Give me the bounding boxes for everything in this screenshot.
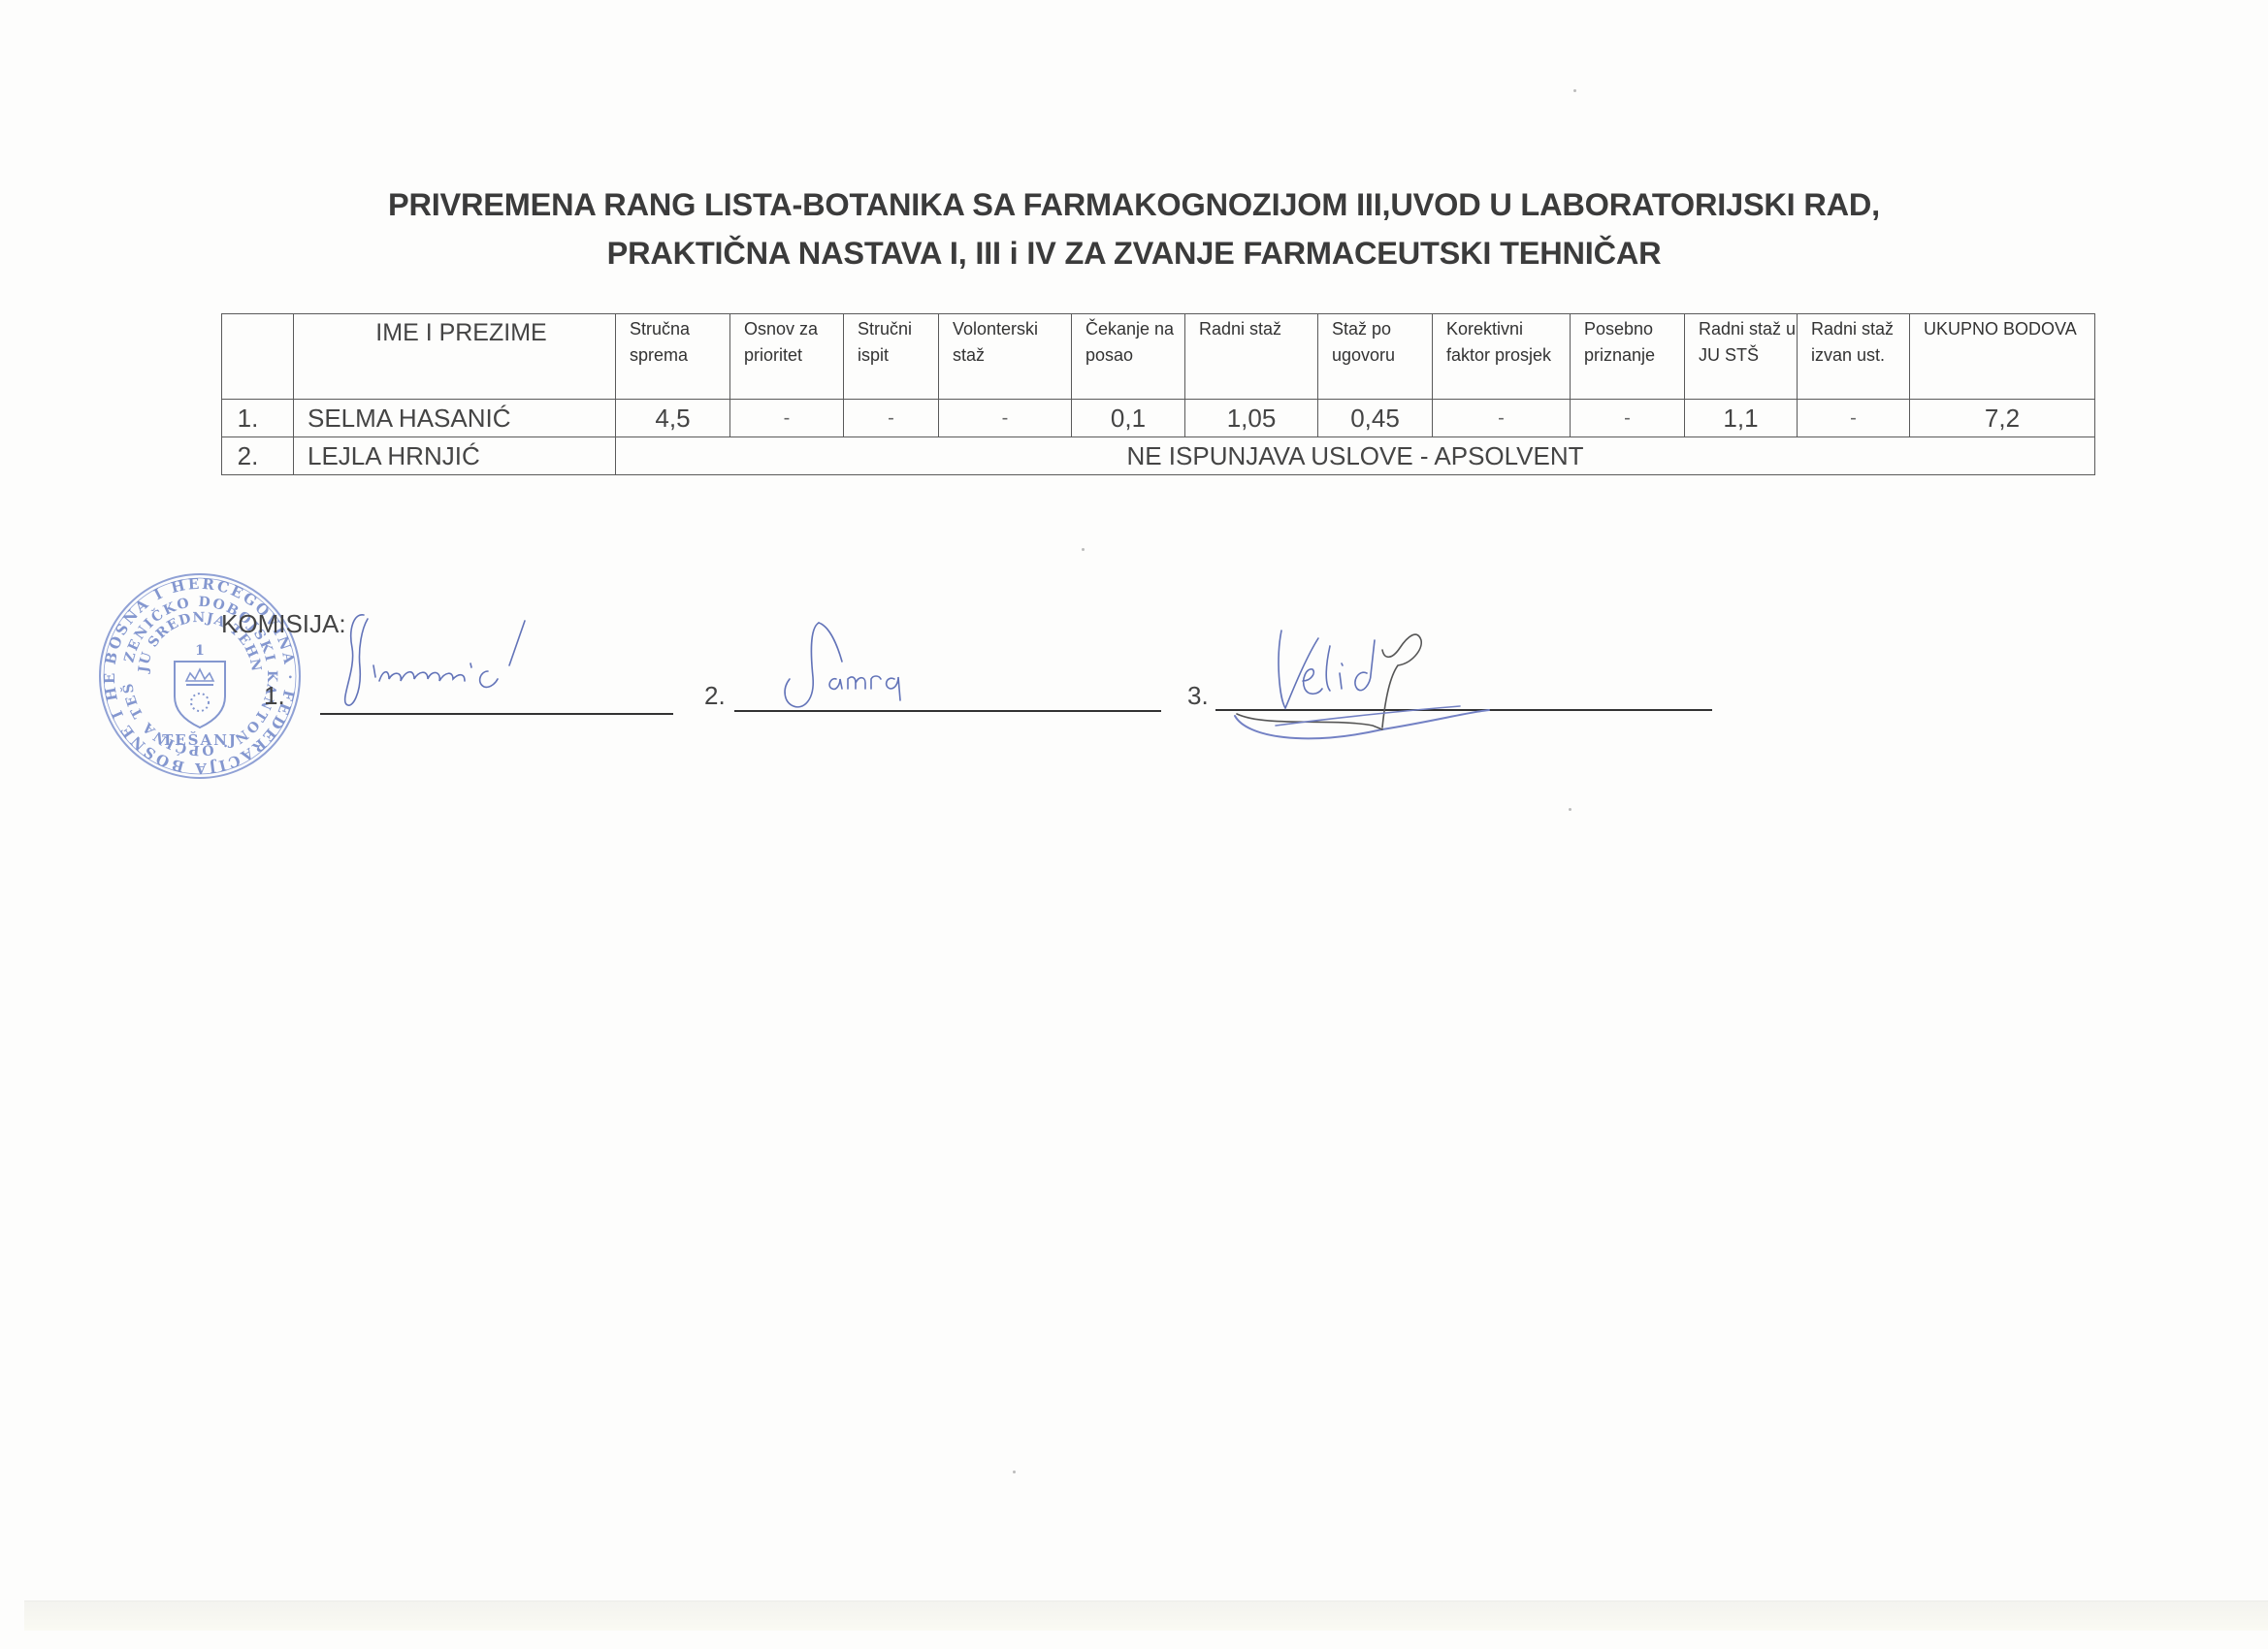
cell-cekanje-na-posao: 0,1 bbox=[1072, 400, 1185, 437]
cell-radni-staz-izvan: - bbox=[1798, 400, 1910, 437]
row-rank: 1. bbox=[222, 400, 294, 437]
scan-edge-band bbox=[24, 1600, 2268, 1631]
cell-ukupno-bodova: 7,2 bbox=[1910, 400, 2095, 437]
signature-1 bbox=[335, 609, 577, 711]
scan-speck bbox=[1082, 548, 1085, 551]
cell-radni-staz: 1,05 bbox=[1185, 400, 1318, 437]
signer-3-number: 3. bbox=[1187, 681, 1209, 711]
col-header-cekanje-na-posao: Čekanje na posao bbox=[1072, 314, 1185, 400]
row-name: LEJLA HRNJIĆ bbox=[294, 437, 616, 475]
col-header-osnov-za-prioritet: Osnov za prioritet bbox=[730, 314, 844, 400]
ranking-table: IME I PREZIME Stručna sprema Osnov za pr… bbox=[221, 313, 2095, 475]
col-header-strucna-sprema: Stručna sprema bbox=[616, 314, 730, 400]
table-header-row: IME I PREZIME Stručna sprema Osnov za pr… bbox=[222, 314, 2095, 400]
signature-line-1 bbox=[320, 713, 673, 715]
commission-label: KOMISIJA: bbox=[221, 609, 346, 639]
table-row: 1. SELMA HASANIĆ 4,5 - - - 0,1 1,05 0,45… bbox=[222, 400, 2095, 437]
table-row: 2. LEJLA HRNJIĆ NE ISPUNJAVA USLOVE - AP… bbox=[222, 437, 2095, 475]
cell-strucni-ispit: - bbox=[844, 400, 939, 437]
cell-staz-po-ugovoru: 0,45 bbox=[1318, 400, 1433, 437]
col-header-posebno-priznanje: Posebno priznanje bbox=[1571, 314, 1685, 400]
document-title: PRIVREMENA RANG LISTA-BOTANIKA SA FARMAK… bbox=[0, 180, 2268, 277]
row-note: NE ISPUNJAVA USLOVE - APSOLVENT bbox=[616, 437, 2095, 475]
col-header-name: IME I PREZIME bbox=[294, 314, 616, 400]
signer-2-number: 2. bbox=[704, 681, 726, 711]
cell-posebno-priznanje: - bbox=[1571, 400, 1685, 437]
stamp-city: TEŠANJ bbox=[162, 731, 238, 749]
stamp-number: 1 bbox=[195, 643, 205, 659]
scan-speck bbox=[1573, 89, 1576, 92]
cell-strucna-sprema: 4,5 bbox=[616, 400, 730, 437]
title-line-1: PRIVREMENA RANG LISTA-BOTANIKA SA FARMAK… bbox=[0, 180, 2268, 229]
col-header-volonterski-staz: Volonterski staž bbox=[939, 314, 1072, 400]
scan-speck bbox=[1013, 1471, 1016, 1473]
col-header-radni-staz: Radni staž bbox=[1185, 314, 1318, 400]
col-header-staz-po-ugovoru: Staž po ugovoru bbox=[1318, 314, 1433, 400]
signature-3 bbox=[1217, 621, 1528, 757]
cell-volonterski-staz: - bbox=[939, 400, 1072, 437]
col-header-strucni-ispit: Stručni ispit bbox=[844, 314, 939, 400]
official-stamp: BOSNA I HERCEGOVINA · FEDERACIJA BOSNE I… bbox=[97, 572, 303, 781]
signature-2 bbox=[776, 619, 922, 716]
col-header-rank bbox=[222, 314, 294, 400]
title-line-2: PRAKTIČNA NASTAVA I, III i IV ZA ZVANJE … bbox=[0, 229, 2268, 277]
row-rank: 2. bbox=[222, 437, 294, 475]
cell-radni-staz-ju-sts: 1,1 bbox=[1685, 400, 1798, 437]
row-name: SELMA HASANIĆ bbox=[294, 400, 616, 437]
col-header-radni-staz-ju-sts: Radni staž u JU STŠ bbox=[1685, 314, 1798, 400]
cell-osnov-za-prioritet: - bbox=[730, 400, 844, 437]
signer-1-number: 1. bbox=[264, 681, 285, 711]
cell-korektivni-faktor: - bbox=[1433, 400, 1571, 437]
col-header-ukupno-bodova: UKUPNO BODOVA bbox=[1910, 314, 2095, 400]
coat-of-arms-icon bbox=[175, 662, 225, 727]
scan-speck bbox=[1569, 808, 1571, 811]
col-header-radni-staz-izvan: Radni staž izvan ust. bbox=[1798, 314, 1910, 400]
col-header-korektivni-faktor: Korektivni faktor prosjek bbox=[1433, 314, 1571, 400]
